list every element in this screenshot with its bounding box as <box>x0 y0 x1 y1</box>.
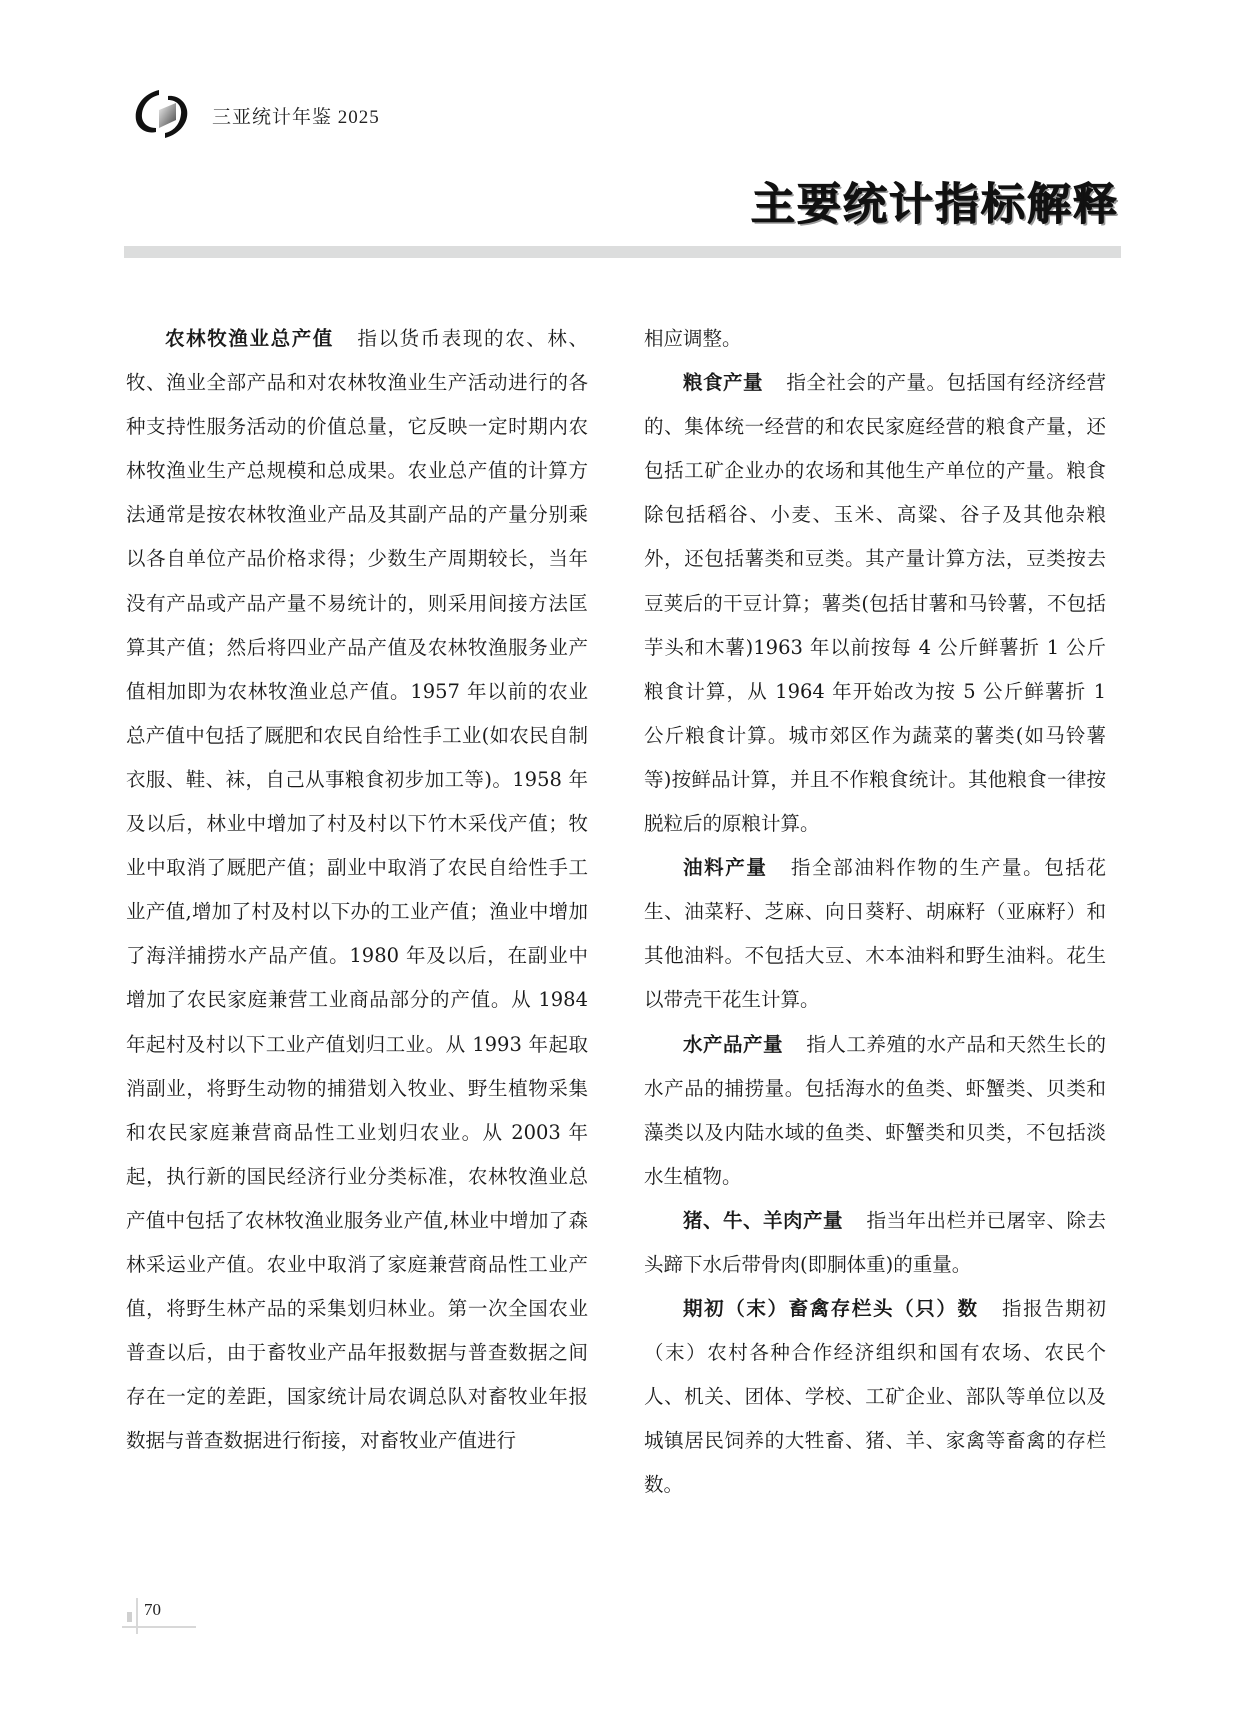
definition-paragraph: 水产品产量指人工养殖的水产品和天然生长的水产品的捕捞量。包括海水的鱼类、虾蟹类、… <box>644 1023 1106 1199</box>
definition-term: 水产品产量 <box>683 1033 783 1056</box>
definition-term: 油料产量 <box>683 856 767 879</box>
definition-paragraph: 农林牧渔业总产值指以货币表现的农、林、牧、渔业全部产品和对农林牧渔业生产活动进行… <box>126 317 588 1463</box>
running-title: 三亚统计年鉴 2025 <box>212 102 380 129</box>
definition-text: 指报告期初（末）农村各种合作经济组织和国有农场、农民个人、机关、团体、学校、工矿… <box>644 1297 1106 1496</box>
definition-paragraph: 期初（末）畜禽存栏头（只）数指报告期初（末）农村各种合作经济组织和国有农场、农民… <box>644 1287 1106 1507</box>
definition-text: 指以货币表现的农、林、牧、渔业全部产品和对农林牧渔业生产活动进行的各种支持性服务… <box>126 327 588 1452</box>
definition-paragraph: 油料产量指全部油料作物的生产量。包括花生、油菜籽、芝麻、向日葵籽、胡麻籽（亚麻籽… <box>644 846 1106 1022</box>
statistics-bureau-logo-icon <box>132 84 192 144</box>
definition-text: 指全社会的产量。包括国有经济经营的、集体统一经营的和农民家庭经营的粮食产量，还包… <box>644 371 1106 835</box>
definition-term: 猪、牛、羊肉产量 <box>683 1209 843 1232</box>
definition-term: 农林牧渔业总产值 <box>165 327 334 350</box>
definition-paragraph: 粮食产量指全社会的产量。包括国有经济经营的、集体统一经营的和农民家庭经营的粮食产… <box>644 361 1106 846</box>
left-column: 农林牧渔业总产值指以货币表现的农、林、牧、渔业全部产品和对农林牧渔业生产活动进行… <box>126 317 588 1463</box>
title-divider-bar <box>124 246 1121 258</box>
definition-text: 指全部油料作物的生产量。包括花生、油菜籽、芝麻、向日葵籽、胡麻籽（亚麻籽）和其他… <box>644 856 1106 1011</box>
page-number: 70 <box>144 1600 161 1620</box>
footer-horizontal-rule <box>122 1626 196 1628</box>
definition-term: 期初（末）畜禽存栏头（只）数 <box>683 1297 979 1320</box>
continuation-text: 相应调整。 <box>644 317 1106 361</box>
definition-term: 粮食产量 <box>683 371 763 394</box>
right-column: 相应调整。 粮食产量指全社会的产量。包括国有经济经营的、集体统一经营的和农民家庭… <box>644 317 1106 1508</box>
footer-vertical-rule <box>136 1598 138 1634</box>
page-footer: 70 <box>122 1598 196 1638</box>
definition-paragraph: 猪、牛、羊肉产量指当年出栏并已屠宰、除去头蹄下水后带骨肉(即胴体重)的重量。 <box>644 1199 1106 1287</box>
page-title: 主要统计指标解释 <box>751 168 1119 232</box>
footer-tick-mark <box>127 1612 132 1622</box>
page-header: 三亚统计年鉴 2025 <box>132 84 532 144</box>
